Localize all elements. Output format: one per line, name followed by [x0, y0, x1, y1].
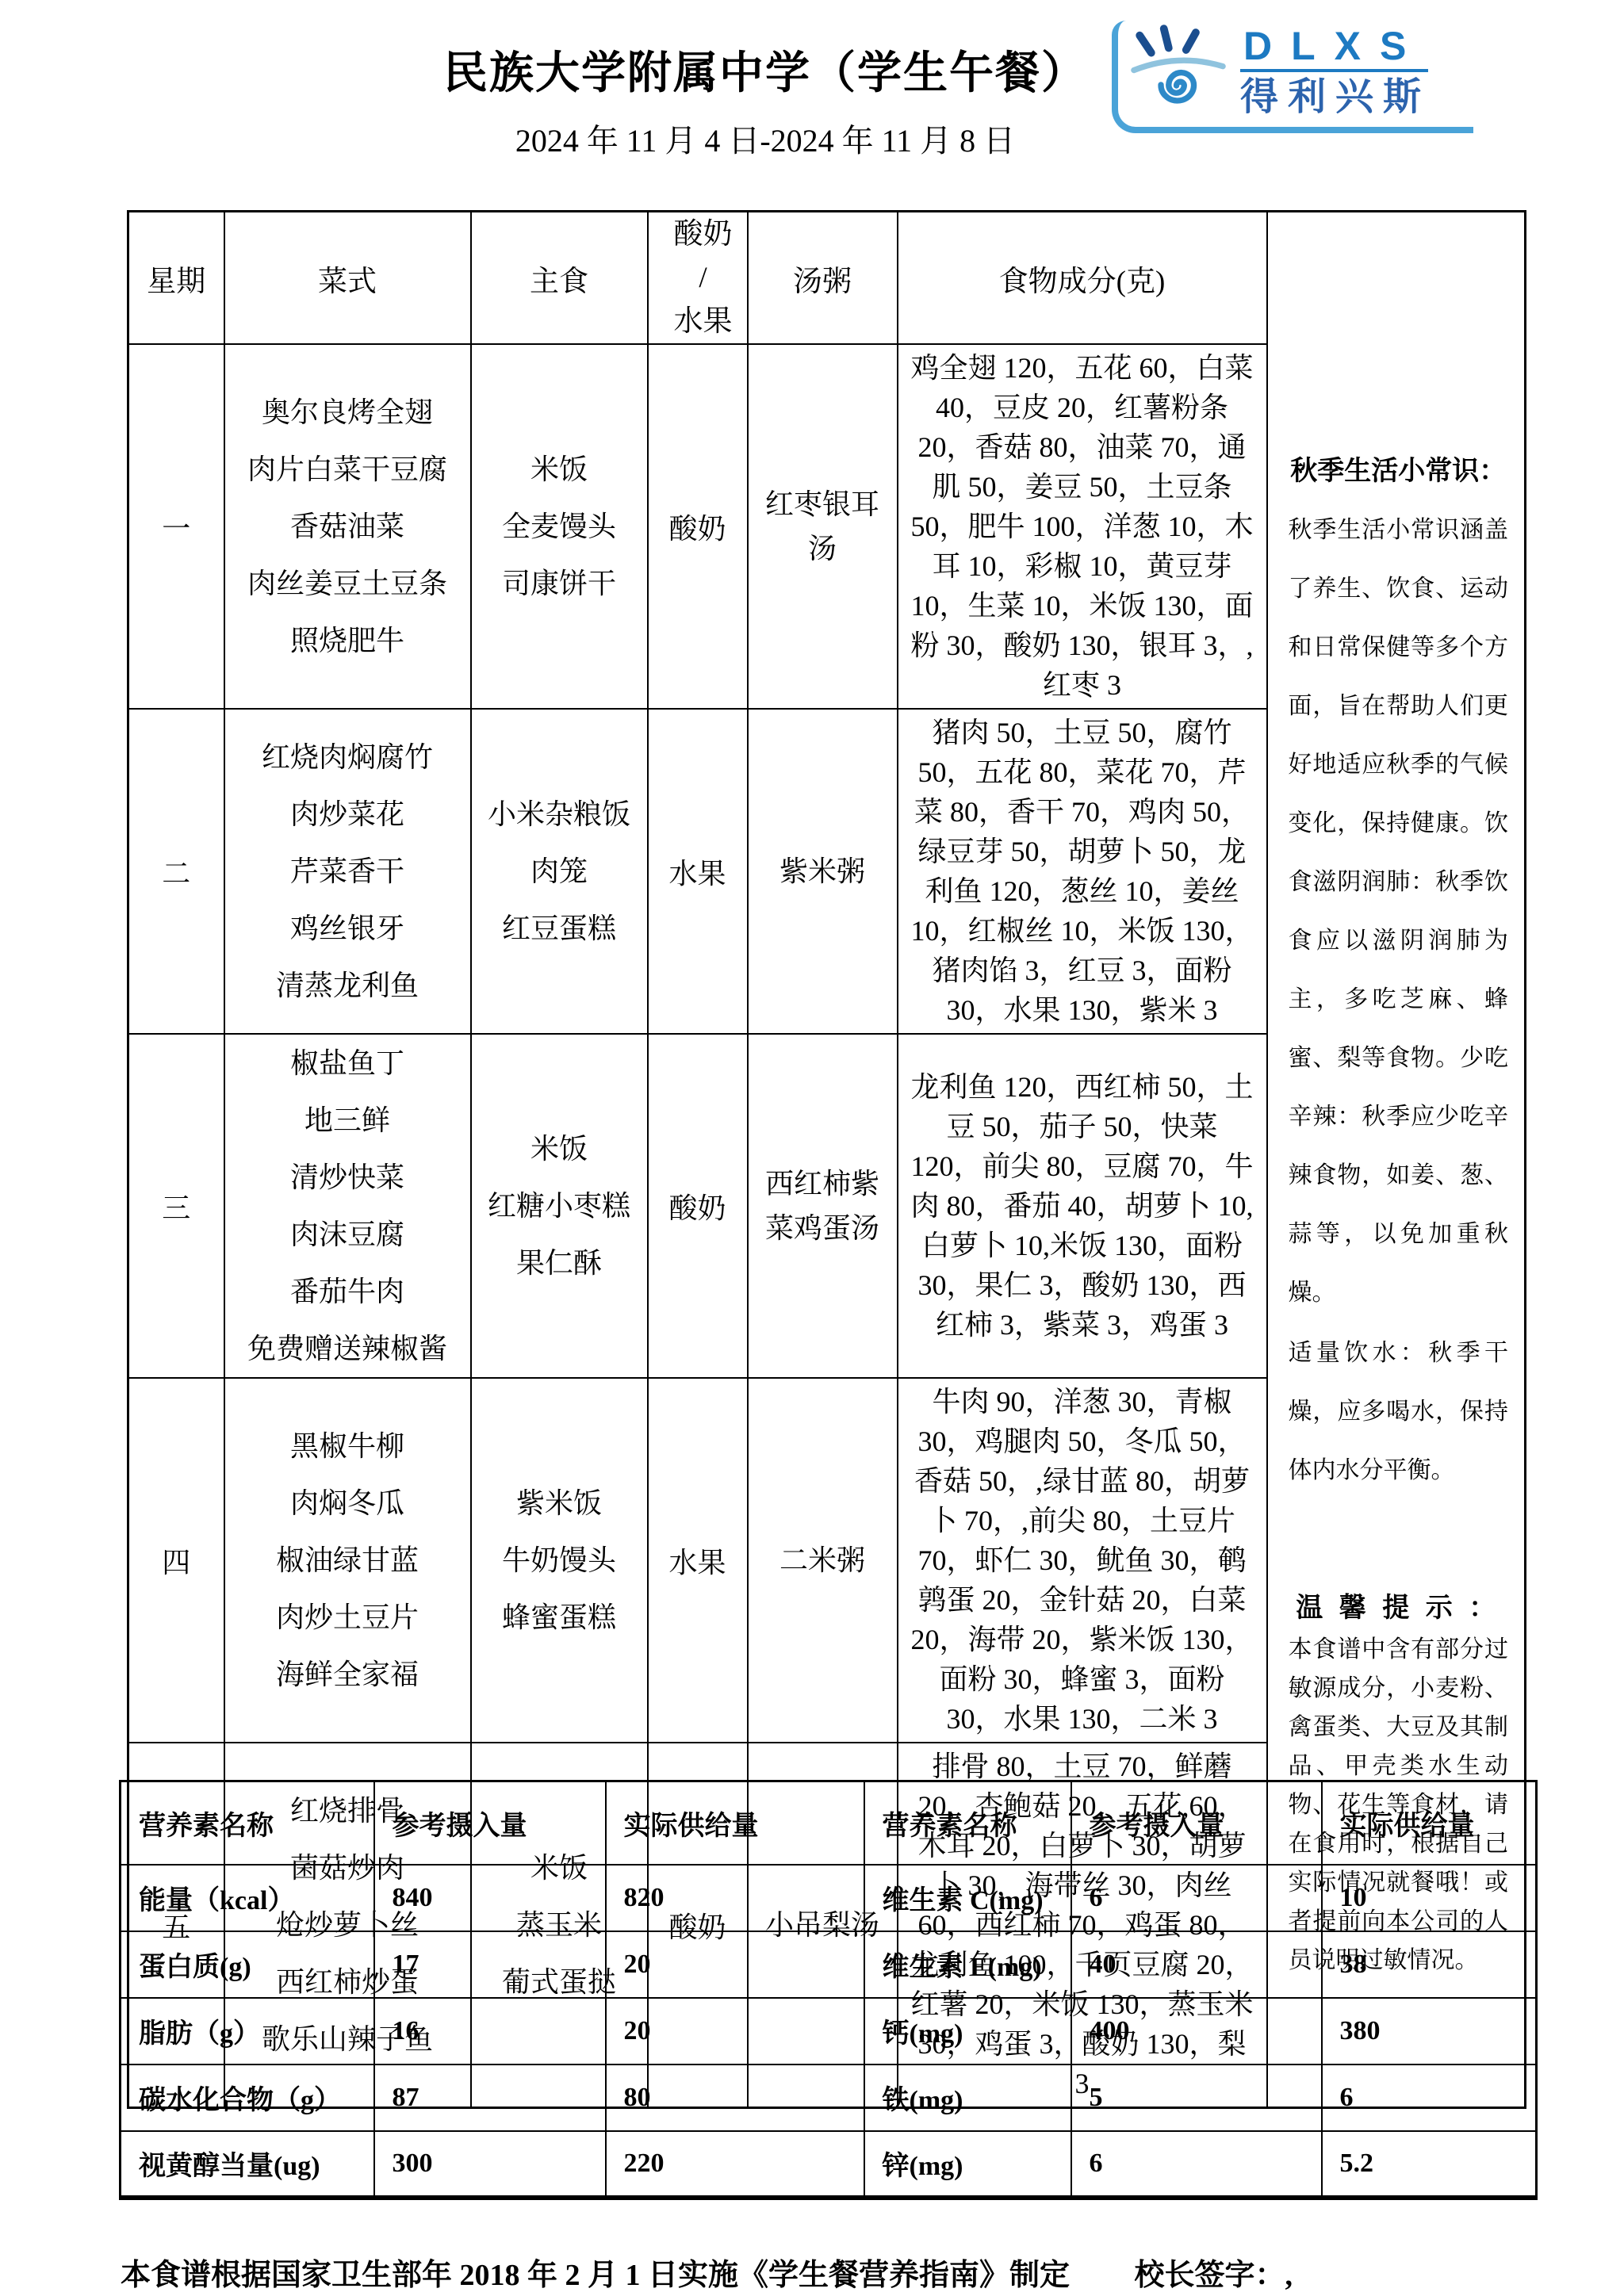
soup-value: 二米粥 — [748, 1378, 898, 1743]
actual-supply: 380 — [1322, 1998, 1537, 2064]
eye-spiral-logo-icon — [1126, 24, 1231, 121]
nutrient-name-header: 营养素名称 — [864, 1781, 1071, 1865]
nutrition-row: 碳水化合物（g） 87 80 铁(mg) 5 6 — [121, 2064, 1537, 2131]
actual-supply: 20 — [606, 1998, 864, 2064]
reference-intake-header: 参考摄入量 — [374, 1781, 606, 1865]
food-composition: 鸡全翅 120，五花 60，白菜 40，豆皮 20，红薯粉条 20，香菇 80，… — [898, 344, 1267, 709]
soup-value: 西红柿紫菜鸡蛋汤 — [748, 1034, 898, 1378]
dishes-list: 椒盐鱼丁 地三鲜 清炒快菜 肉沫豆腐 番茄牛肉 免费赠送辣椒酱 — [224, 1034, 471, 1378]
staples-list: 米饭 全麦馒头 司康饼干 — [471, 344, 648, 709]
dishes-list: 黑椒牛柳 肉焖冬瓜 椒油绿甘蓝 肉炒土豆片 海鲜全家福 — [224, 1378, 471, 1743]
reference-intake: 5 — [1071, 2064, 1322, 2131]
staples-list: 紫米饭 牛奶馒头 蜂蜜蛋糕 — [471, 1378, 648, 1743]
col-header-staple: 主食 — [471, 212, 648, 345]
tips-title: 秋季生活小常识： — [1289, 442, 1509, 501]
col-header-composition: 食物成分(克) — [898, 212, 1267, 345]
day-label: 一 — [128, 344, 224, 709]
actual-supply-header: 实际供给量 — [606, 1781, 864, 1865]
nutrition-row: 视黄醇当量(ug) 300 220 锌(mg) 6 5.2 — [121, 2131, 1537, 2198]
tips-paragraph: 适量饮水：秋季干燥，应多喝水，保持体内水分平衡。 — [1289, 1324, 1509, 1500]
food-composition: 牛肉 90，洋葱 30，青椒 30，鸡腿肉 50，冬瓜 50，香菇 50，,绿甘… — [898, 1378, 1267, 1743]
col-header-soup: 汤粥 — [748, 212, 898, 345]
nutrient-name: 锌(mg) — [864, 2131, 1071, 2198]
reference-intake: 17 — [374, 1931, 606, 1998]
staples-list: 小米杂粮饭 肉笼 红豆蛋糕 — [471, 709, 648, 1034]
logo-abbr: DLXS — [1240, 26, 1428, 72]
actual-supply-header: 实际供给量 — [1322, 1781, 1537, 1865]
nutrient-name: 钙(mg) — [864, 1998, 1071, 2064]
tips-paragraph: 秋季生活小常识涵盖了养生、饮食、运动和日常保健等多个方面，旨在帮助人们更好地适应… — [1289, 501, 1509, 1322]
col-header-dishes: 菜式 — [224, 212, 471, 345]
actual-supply: 20 — [606, 1931, 864, 1998]
nutrient-name: 蛋白质(g) — [121, 1931, 374, 1998]
nutrient-name: 视黄醇当量(ug) — [121, 2131, 374, 2198]
guideline-note: 本食谱根据国家卫生部年 2018 年 2 月 1 日实施《学生餐营养指南》制定 — [121, 2259, 1070, 2292]
dishes-list: 红烧肉焖腐竹 肉炒菜花 芹菜香干 鸡丝银牙 清蒸龙利鱼 — [224, 709, 471, 1034]
soup-value: 紫米粥 — [748, 709, 898, 1034]
logo-text: DLXS 得利兴斯 — [1240, 26, 1431, 119]
principal-signature-label: 校长签字：, — [1135, 2259, 1293, 2292]
footer-note-line: 本食谱根据国家卫生部年 2018 年 2 月 1 日实施《学生餐营养指南》制定 … — [121, 2250, 1293, 2294]
actual-supply: 38 — [1322, 1931, 1537, 1998]
nutrient-name: 维生素 C(mg) — [864, 1865, 1071, 1931]
col-header-yogurt-fruit: 酸奶 / 水果 — [648, 212, 748, 345]
reference-intake: 87 — [374, 2064, 606, 2131]
actual-supply: 820 — [606, 1865, 864, 1931]
company-logo: DLXS 得利兴斯 — [1112, 21, 1473, 133]
yogurt-fruit-value: 酸奶 — [648, 1034, 748, 1378]
food-composition: 猪肉 50，土豆 50，腐竹 50，五花 80，菜花 70，芹菜 80，香干 7… — [898, 709, 1267, 1034]
actual-supply: 80 — [606, 2064, 864, 2131]
yogurt-fruit-value: 水果 — [648, 709, 748, 1034]
actual-supply: 10 — [1322, 1865, 1537, 1931]
lunch-menu-document: 民族大学附属中学（学生午餐） 2024 年 11 月 4 日-2024 年 11… — [0, 0, 1624, 2296]
col-header-day: 星期 — [128, 212, 224, 345]
nutrient-name: 维生素 E(mg) — [864, 1931, 1071, 1998]
reference-intake: 400 — [1071, 1998, 1322, 2064]
reference-intake: 40 — [1071, 1931, 1322, 1998]
yogurt-fruit-value: 酸奶 — [648, 344, 748, 709]
day-label: 二 — [128, 709, 224, 1034]
yogurt-fruit-value: 水果 — [648, 1378, 748, 1743]
day-label: 四 — [128, 1378, 224, 1743]
actual-supply: 220 — [606, 2131, 864, 2198]
reference-intake: 16 — [374, 1998, 606, 2064]
reference-intake-header: 参考摄入量 — [1071, 1781, 1322, 1865]
actual-supply: 5.2 — [1322, 2131, 1537, 2198]
reference-intake: 6 — [1071, 1865, 1322, 1931]
nutrient-name-header: 营养素名称 — [121, 1781, 374, 1865]
nutrition-row: 能量（kcal） 840 820 维生素 C(mg) 6 10 — [121, 1865, 1537, 1931]
staples-list: 米饭 红糖小枣糕 果仁酥 — [471, 1034, 648, 1378]
nutrient-name: 能量（kcal） — [121, 1865, 374, 1931]
food-composition: 龙利鱼 120，西红柿 50，土豆 50，茄子 50，快菜 120，前尖 80，… — [898, 1034, 1267, 1378]
nutrient-name: 脂肪（g） — [121, 1998, 374, 2064]
nutrition-table: 营养素名称 参考摄入量 实际供给量 营养素名称 参考摄入量 实际供给量 能量（k… — [119, 1780, 1538, 2200]
soup-value: 红枣银耳汤 — [748, 344, 898, 709]
dishes-list: 奥尔良烤全翅 肉片白菜干豆腐 香菇油菜 肉丝姜豆土豆条 照烧肥牛 — [224, 344, 471, 709]
menu-header-row: 星期 菜式 主食 酸奶 / 水果 汤粥 食物成分(克) 秋季生活小常识： 秋季生… — [128, 212, 1526, 345]
nutrient-name: 铁(mg) — [864, 2064, 1071, 2131]
nutrition-header-row: 营养素名称 参考摄入量 实际供给量 营养素名称 参考摄入量 实际供给量 — [121, 1781, 1537, 1865]
logo-chinese-name: 得利兴斯 — [1240, 77, 1431, 119]
day-label: 三 — [128, 1034, 224, 1378]
actual-supply: 6 — [1322, 2064, 1537, 2131]
reference-intake: 300 — [374, 2131, 606, 2198]
nutrition-row: 脂肪（g） 16 20 钙(mg) 400 380 — [121, 1998, 1537, 2064]
nutrient-name: 碳水化合物（g） — [121, 2064, 374, 2131]
allergy-notice-title: 温 馨 提 示 ： — [1289, 1587, 1509, 1630]
reference-intake: 840 — [374, 1865, 606, 1931]
reference-intake: 6 — [1071, 2131, 1322, 2198]
nutrition-row: 蛋白质(g) 17 20 维生素 E(mg) 40 38 — [121, 1931, 1537, 1998]
